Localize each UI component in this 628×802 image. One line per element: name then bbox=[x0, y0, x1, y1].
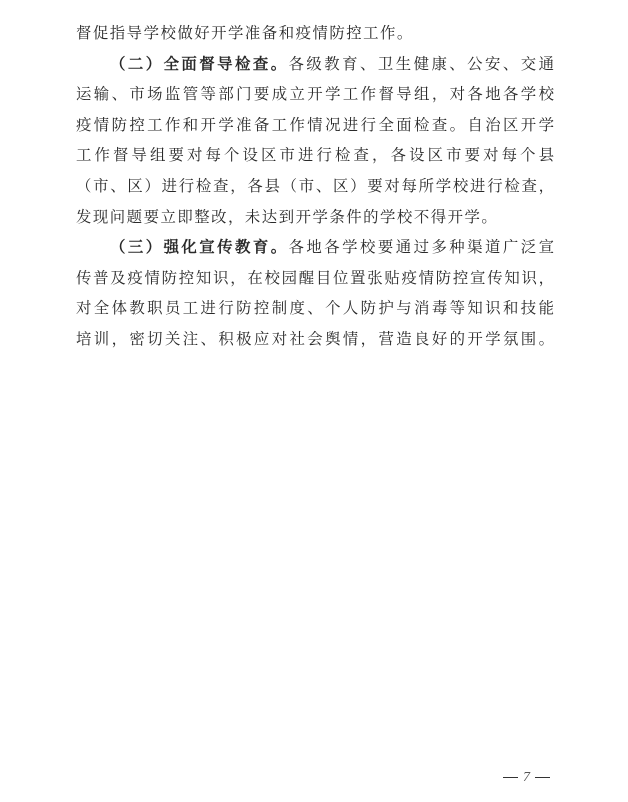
text-line: 传普及疫情防控知识，在校园醒目位置张贴疫情防控宣传知识， bbox=[76, 263, 554, 294]
text-line: （市、区）进行检查，各县（市、区）要对每所学校进行检查， bbox=[76, 171, 554, 202]
text-span: 各地各学校要通过多种渠道广泛宣 bbox=[289, 238, 554, 256]
section-heading-three: （三）强化宣传教育。 bbox=[110, 238, 289, 256]
text-line: 培训，密切关注、积极应对社会舆情，营造良好的开学氛围。 bbox=[76, 324, 554, 355]
page-number-value: 7 bbox=[523, 770, 530, 785]
text-line: 运输、市场监管等部门要成立开学工作督导组，对各地各学校 bbox=[76, 79, 554, 110]
page-number: 7 bbox=[498, 770, 555, 786]
document-page: 督促指导学校做好开学准备和疫情防控工作。 （二）全面督导检查。各级教育、卫生健康… bbox=[0, 0, 628, 802]
dash-left bbox=[503, 777, 518, 778]
section-two-first-line: （二）全面督导检查。各级教育、卫生健康、公安、交通 bbox=[76, 49, 554, 80]
text-line: 对全体教职员工进行防控制度、个人防护与消毒等知识和技能 bbox=[76, 293, 554, 324]
section-heading-two: （二）全面督导检查。 bbox=[110, 55, 289, 73]
document-body: 督促指导学校做好开学准备和疫情防控工作。 （二）全面督导检查。各级教育、卫生健康… bbox=[76, 18, 554, 355]
text-line: 工作督导组要对每个设区市进行检查，各设区市要对每个县 bbox=[76, 140, 554, 171]
section-three-first-line: （三）强化宣传教育。各地各学校要通过多种渠道广泛宣 bbox=[76, 232, 554, 263]
text-span: 各级教育、卫生健康、公安、交通 bbox=[289, 55, 554, 73]
text-line: 督促指导学校做好开学准备和疫情防控工作。 bbox=[76, 18, 554, 49]
dash-right bbox=[535, 777, 550, 778]
text-line: 疫情防控工作和开学准备工作情况进行全面检查。自治区开学 bbox=[76, 110, 554, 141]
text-line: 发现问题要立即整改，未达到开学条件的学校不得开学。 bbox=[76, 202, 554, 233]
